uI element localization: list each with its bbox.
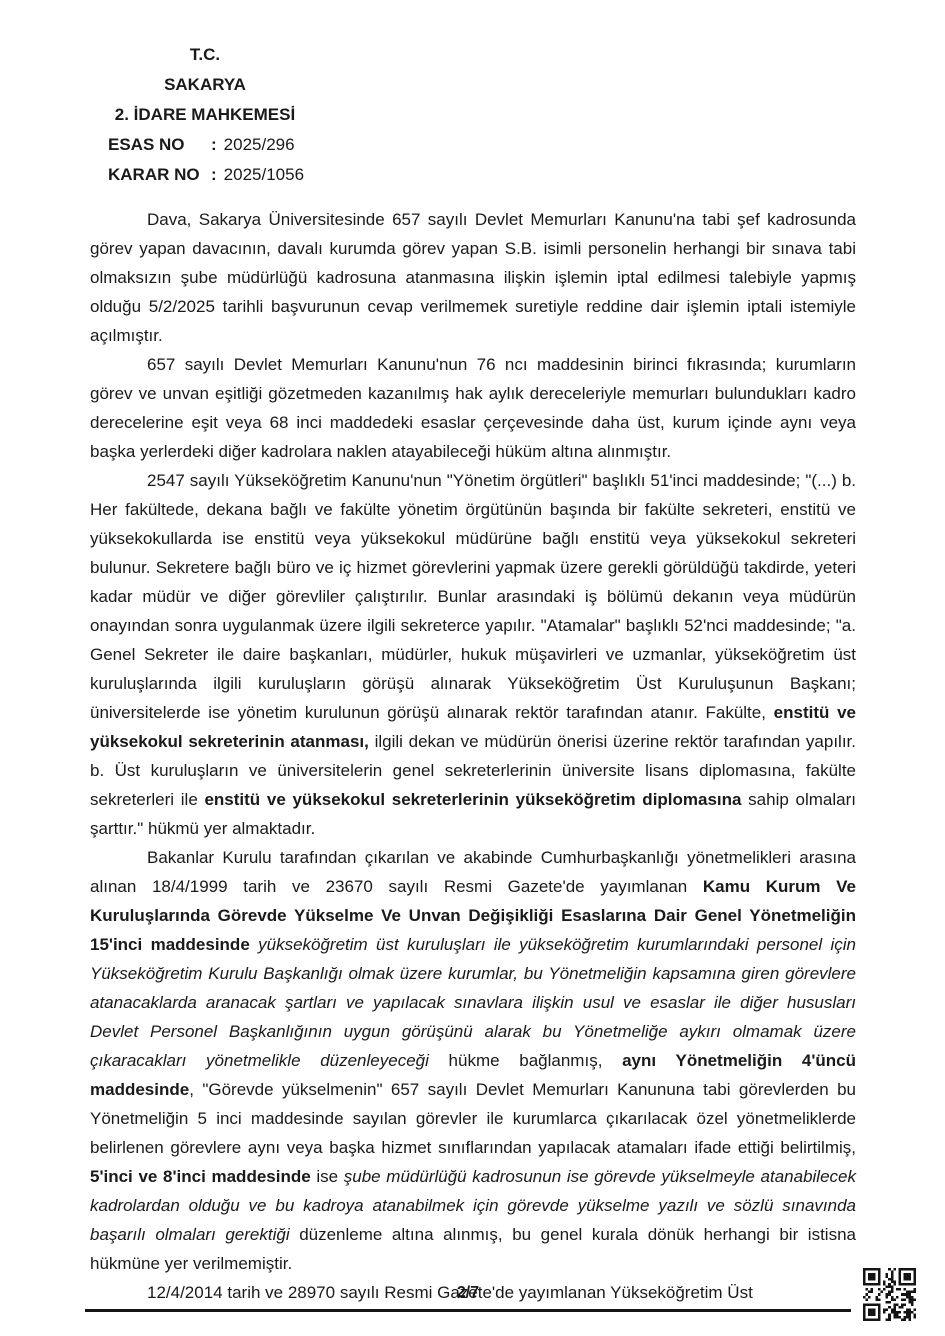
decision-body-text: Dava, Sakarya Üniversitesinde 657 sayılı… (90, 205, 856, 1307)
text-run: Dava, Sakarya Üniversitesinde 657 sayılı… (90, 210, 856, 345)
text-run: enstitü ve yüksekokul sekreterlerinin yü… (204, 790, 741, 809)
province-name: SAKARYA (108, 70, 302, 100)
document-page: { "colors": { "text": "#1a1a1a", "rule":… (0, 0, 945, 1336)
court-name: 2. İDARE MAHKEMESİ (108, 100, 302, 130)
text-run: , "Görevde yükselmenin" 657 sayılı Devle… (90, 1080, 856, 1157)
esas-no-colon: : (211, 135, 217, 154)
text-run: hükme bağlanmış, (429, 1051, 622, 1070)
paragraph: Bakanlar Kurulu tarafından çıkarılan ve … (90, 843, 856, 1278)
text-run: ise (311, 1167, 344, 1186)
karar-no-value: 2025/1056 (224, 165, 304, 184)
republic-abbreviation: T.C. (108, 40, 302, 70)
court-title-block: T.C. SAKARYA 2. İDARE MAHKEMESİ (108, 40, 302, 130)
text-run: 657 sayılı Devlet Memurları Kanunu'nun 7… (90, 355, 856, 461)
qr-code-icon (863, 1268, 916, 1321)
karar-no-colon: : (211, 165, 217, 184)
case-number-block: ESAS NO:2025/296 KARAR NO:2025/1056 (108, 130, 304, 190)
paragraph: 2547 sayılı Yükseköğretim Kanunu'nun "Yö… (90, 466, 856, 843)
karar-no-row: KARAR NO:2025/1056 (108, 160, 304, 190)
qr-code-svg (863, 1268, 916, 1321)
esas-no-row: ESAS NO:2025/296 (108, 130, 304, 160)
esas-no-label: ESAS NO (108, 130, 211, 160)
footer-divider (85, 1309, 851, 1312)
text-run: 5'inci ve 8'inci maddesinde (90, 1167, 311, 1186)
esas-no-value: 2025/296 (224, 135, 295, 154)
court-header: T.C. SAKARYA 2. İDARE MAHKEMESİ ESAS NO:… (108, 40, 304, 190)
paragraph: 657 sayılı Devlet Memurları Kanunu'nun 7… (90, 350, 856, 466)
page-number: 2/7 (85, 1284, 851, 1302)
karar-no-label: KARAR NO (108, 160, 211, 190)
paragraph: Dava, Sakarya Üniversitesinde 657 sayılı… (90, 205, 856, 350)
text-run: 2547 sayılı Yükseköğretim Kanunu'nun "Yö… (90, 471, 856, 722)
text-run: yükseköğretim üst kuruluşları ile yüksek… (90, 935, 856, 1070)
